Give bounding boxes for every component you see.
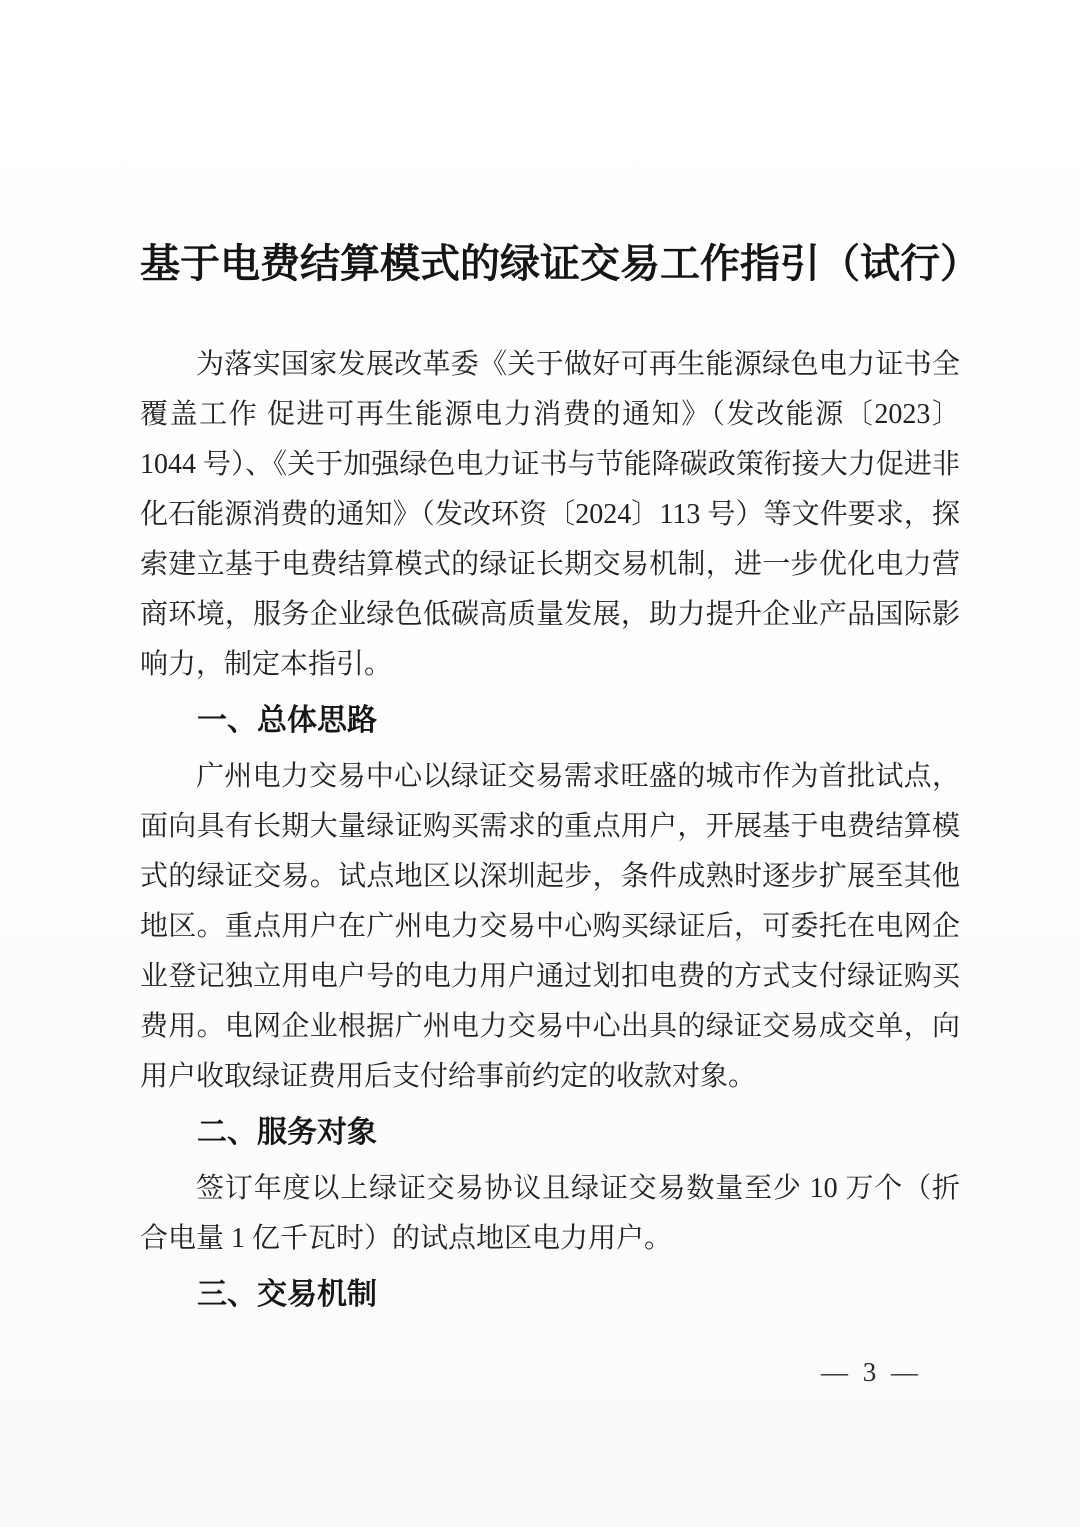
page-number: — 3 — xyxy=(821,1352,922,1392)
service-targets-paragraph: 签订年度以上绿证交易协议且绿证交易数量至少 10 万个（折合电量 1 亿千瓦时）… xyxy=(140,1164,960,1264)
section-heading-trading-mechanism: 三、交易机制 xyxy=(140,1270,960,1320)
document-title: 基于电费结算模式的绿证交易工作指引（试行） xyxy=(140,232,960,296)
intro-paragraph: 为落实国家发展改革委《关于做好可再生能源绿色电力证书全覆盖工作 促进可再生能源电… xyxy=(140,340,960,690)
overall-approach-paragraph: 广州电力交易中心以绿证交易需求旺盛的城市作为首批试点，面向具有长期大量绿证购买需… xyxy=(140,752,960,1102)
section-heading-overall-approach: 一、总体思路 xyxy=(140,696,960,746)
document-body: 为落实国家发展改革委《关于做好可再生能源绿色电力证书全覆盖工作 促进可再生能源电… xyxy=(140,340,960,1320)
document-page: 基于电费结算模式的绿证交易工作指引（试行） 为落实国家发展改革委《关于做好可再生… xyxy=(0,0,1080,1527)
section-heading-service-targets: 二、服务对象 xyxy=(140,1108,960,1158)
